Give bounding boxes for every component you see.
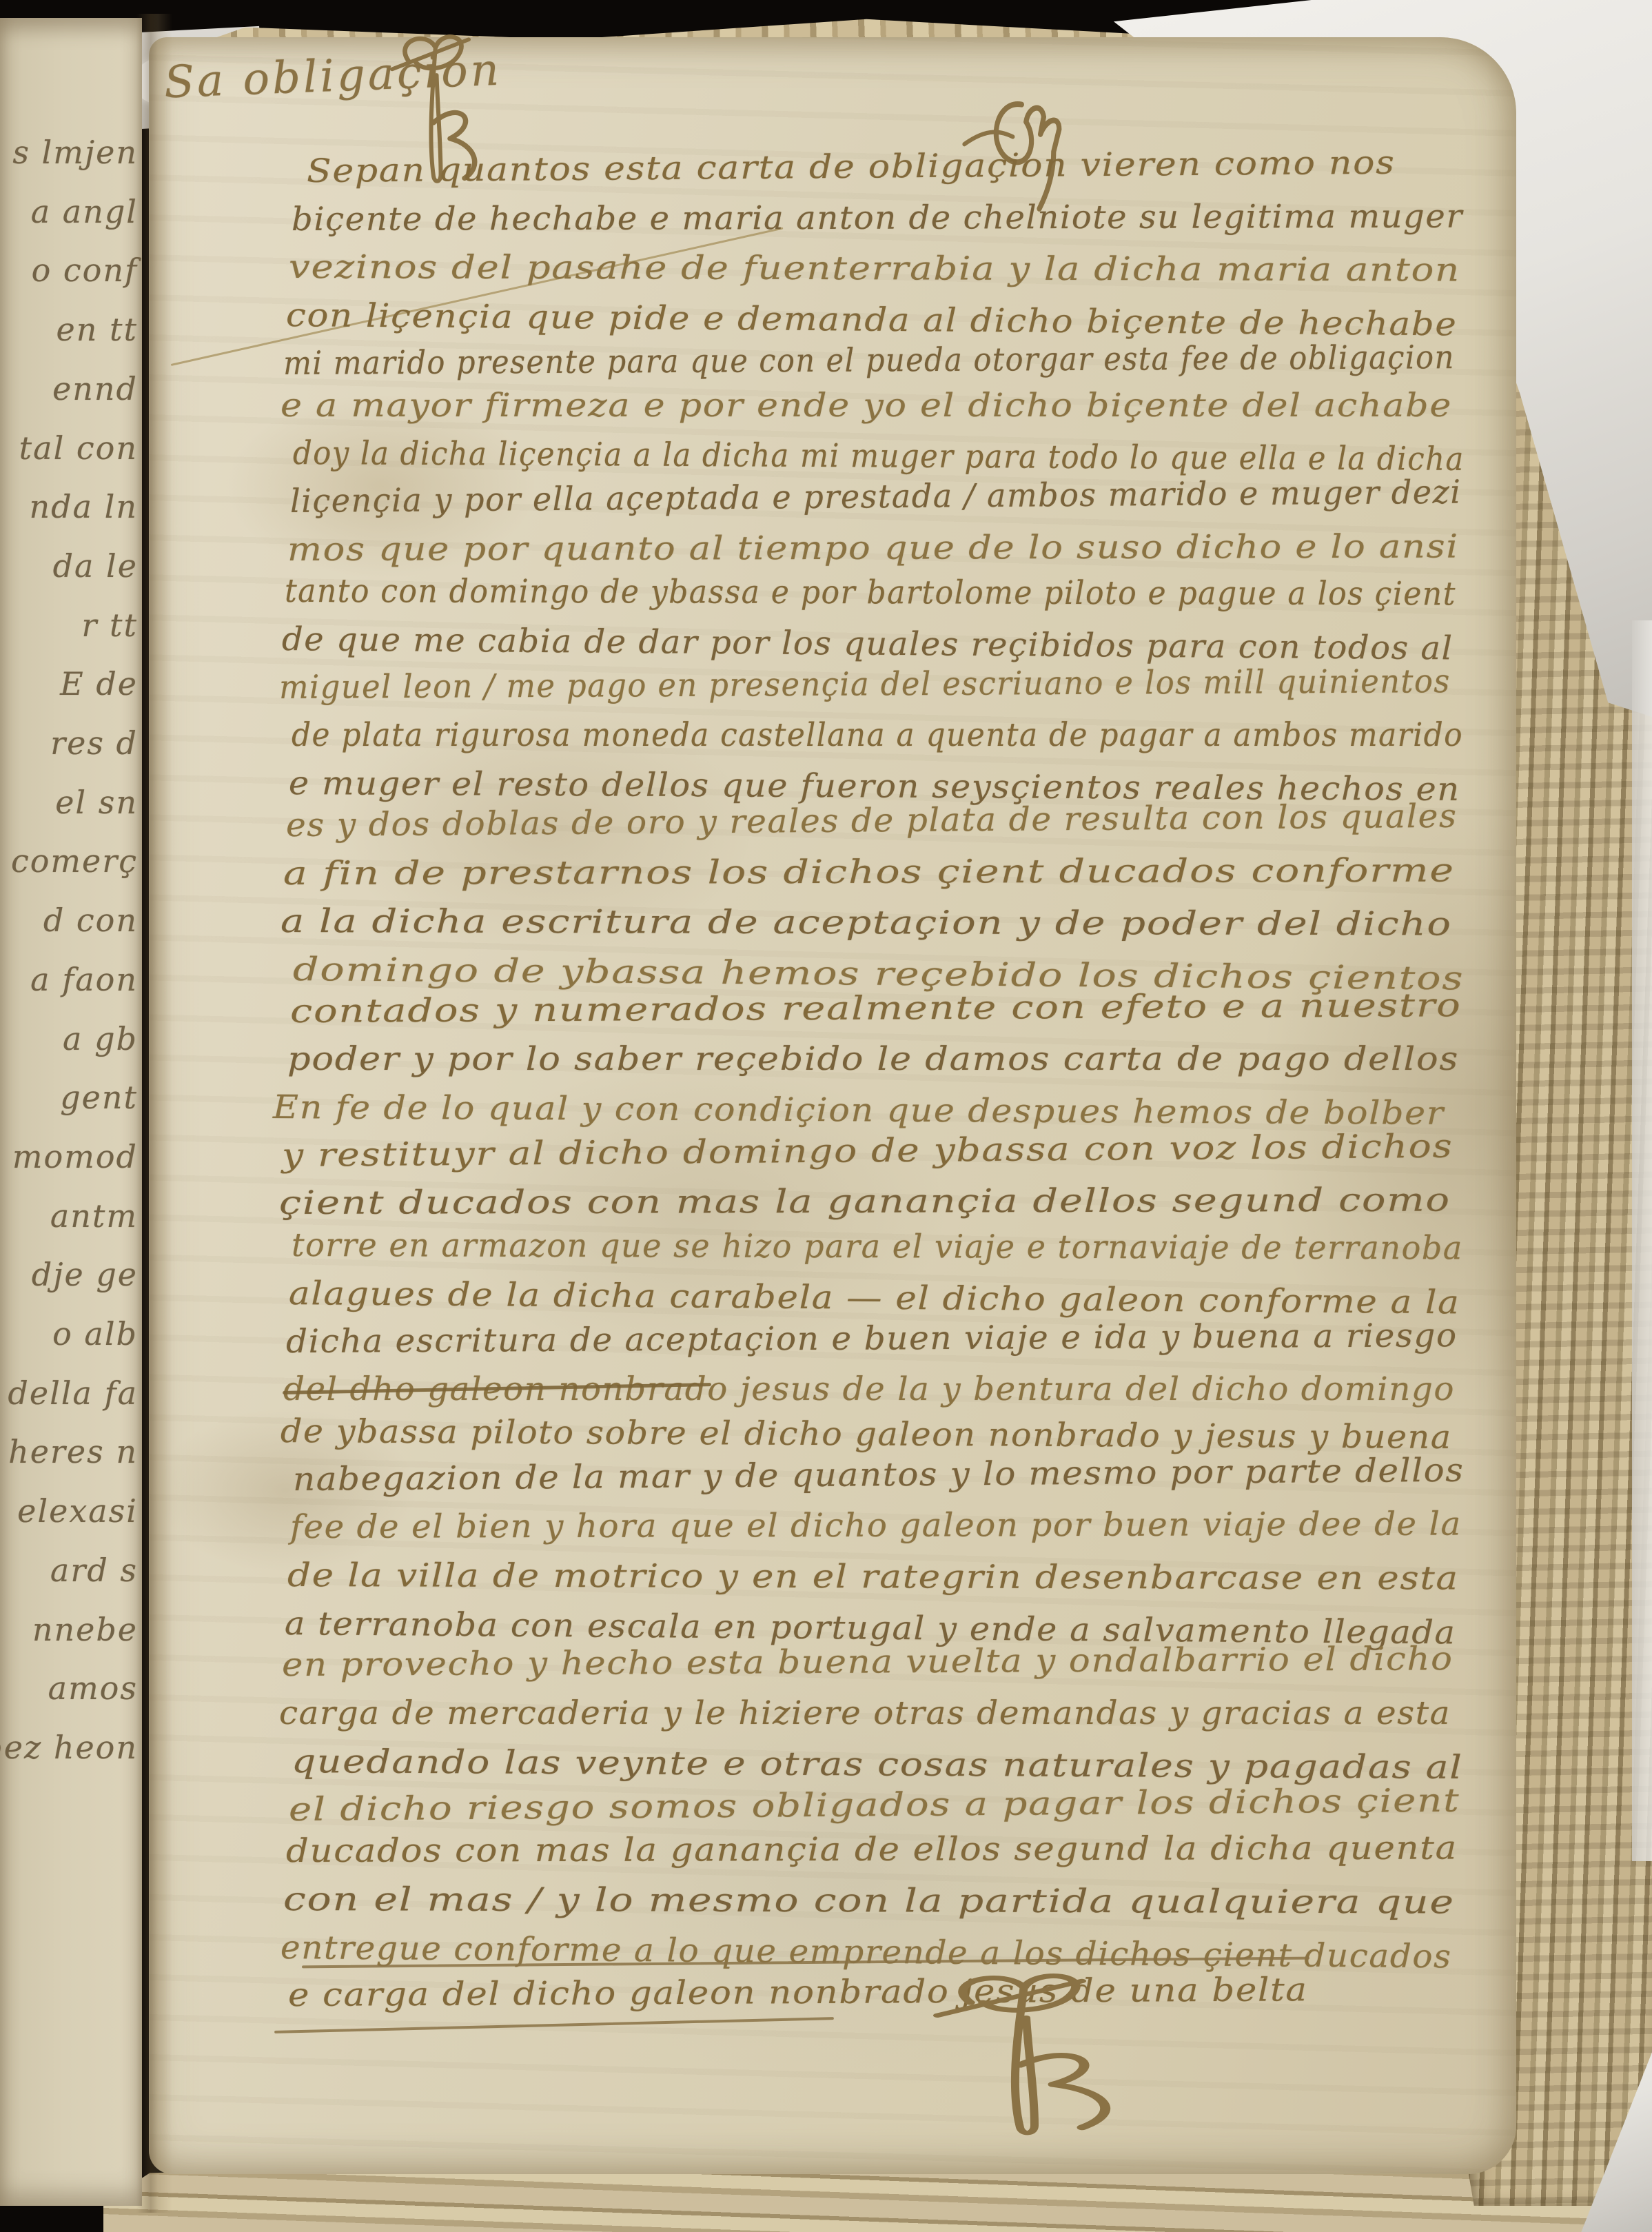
- ink-layer: Sa obligaçion Sepan quantos esta carta d…: [0, 0, 1652, 2232]
- notary-rubric-bottom-icon: [908, 1966, 1115, 2138]
- manuscript-scan: s lmjena anglo confen ttenndtal connda l…: [0, 0, 1652, 2232]
- insertion-rule-below: [274, 2017, 834, 2033]
